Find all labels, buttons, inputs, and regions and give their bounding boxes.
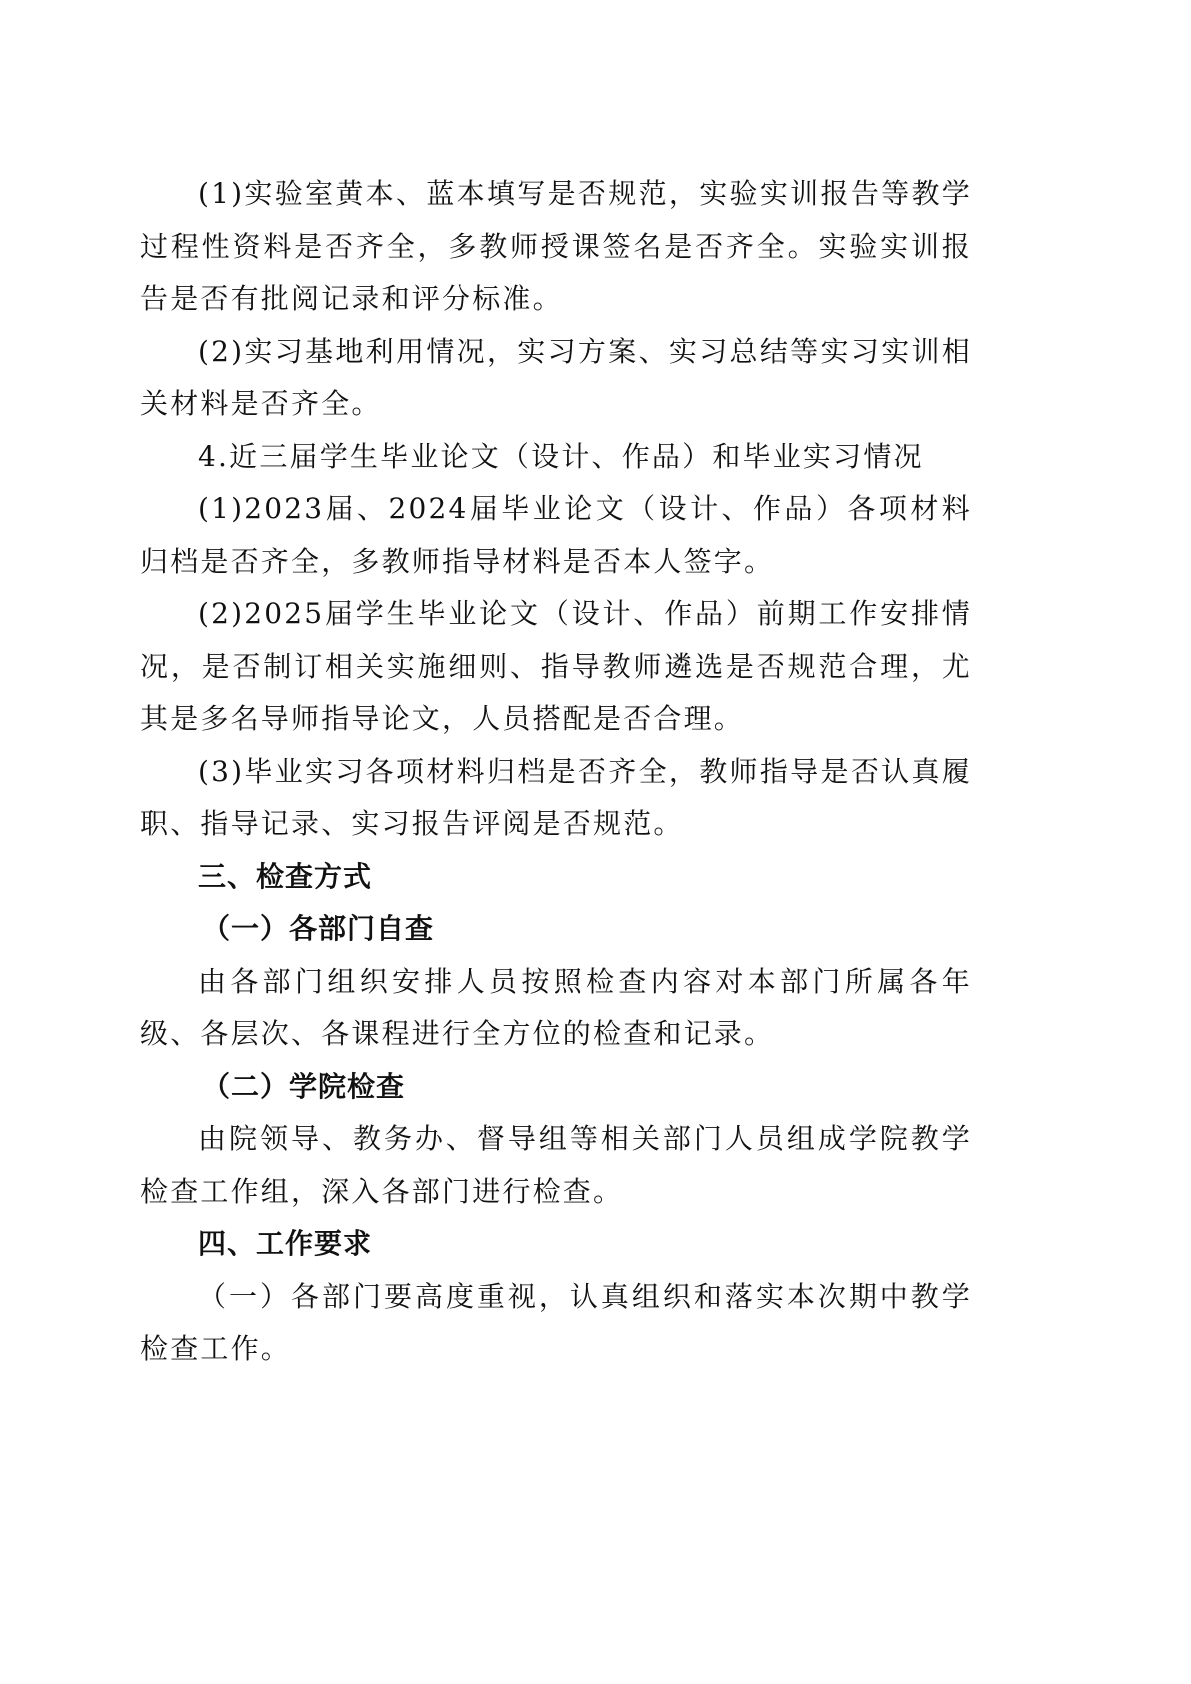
paragraph-thesis-2025: (2)2025届学生毕业论文（设计、作品）前期工作安排情况，是否制订相关实施细则… <box>140 588 972 746</box>
paragraph-lab-records: (1)实验室黄本、蓝本填写是否规范，实验实训报告等教学过程性资料是否齐全，多教师… <box>140 168 972 326</box>
section-heading-work-requirements: 四、工作要求 <box>140 1218 972 1271</box>
paragraph-graduation-thesis-title: 4.近三届学生毕业论文（设计、作品）和毕业实习情况 <box>140 431 972 484</box>
subheading-self-inspection: （一）各部门自查 <box>140 903 972 956</box>
paragraph-thesis-archive: (1)2023届、2024届毕业论文（设计、作品）各项材料归档是否齐全，多教师指… <box>140 483 972 588</box>
document-page: (1)实验室黄本、蓝本填写是否规范，实验实训报告等教学过程性资料是否齐全，多教师… <box>140 168 972 1376</box>
paragraph-requirement-1: （一）各部门要高度重视，认真组织和落实本次期中教学检查工作。 <box>140 1271 972 1376</box>
paragraph-internship-archive: (3)毕业实习各项材料归档是否齐全，教师指导是否认真履职、指导记录、实习报告评阅… <box>140 746 972 851</box>
paragraph-self-inspection: 由各部门组织安排人员按照检查内容对本部门所属各年级、各层次、各课程进行全方位的检… <box>140 956 972 1061</box>
paragraph-college-inspection: 由院领导、教务办、督导组等相关部门人员组成学院教学检查工作组，深入各部门进行检查… <box>140 1113 972 1218</box>
subheading-college-inspection: （二）学院检查 <box>140 1061 972 1114</box>
section-heading-inspection-method: 三、检查方式 <box>140 851 972 904</box>
paragraph-internship-base: (2)实习基地利用情况，实习方案、实习总结等实习实训相关材料是否齐全。 <box>140 326 972 431</box>
